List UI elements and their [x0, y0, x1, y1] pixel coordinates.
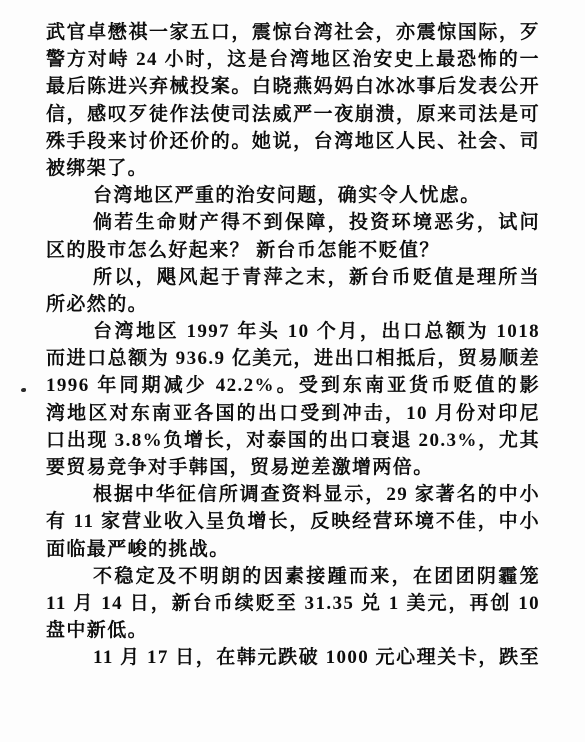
text-line: 所以，飓风起于青萍之末，新台币贬值是理所当然，势	[46, 264, 540, 291]
text-line: 不稳定及不明朗的因素接踵而来，在团团阴霾笼罩下，	[46, 563, 540, 590]
text-line: 信，感叹歹徒作法使司法威严一夜崩溃，原来司法是可用特	[46, 101, 540, 128]
text-line: 台湾地区严重的治安问题，确实令人忧虑。	[46, 182, 540, 209]
text-line: 盘中新低。	[46, 617, 540, 644]
text-line: 11 月 14 日，新台币续贬至 31.35 兑 1 美元，再创 10 年来的	[46, 590, 540, 617]
text-line: 而进口总额为 936.9 亿美元，进出口相抵后，贸易顺差比	[46, 345, 540, 372]
text-line: 1996 年同期减少 42.2%。受到东南亚货币贬值的影响，台	[46, 372, 540, 399]
text-line: 武官卓懋祺一家五口，震惊台湾社会，亦震惊国际，歹徒与	[46, 19, 540, 46]
text-line: 台湾地区 1997 年头 10 个月，出口总额为 1018 亿美元，	[46, 318, 540, 345]
text-line: 口出现 3.8%负增长，对泰国的出口衰退 20.3%，尤其对主	[46, 427, 540, 454]
text-line: 所必然的。	[46, 291, 540, 318]
text-line: 被绑架了。	[46, 155, 540, 182]
text-line: 11 月 17 日，在韩元跌破 1000 元心理关卡，跌至	[46, 644, 540, 671]
text-line: 区的股市怎么好起来？ 新台币怎能不贬值？	[46, 237, 540, 264]
text-line: 有 11 家营业收入呈负增长，反映经营环境不佳，中小企业	[46, 508, 540, 535]
text-line: 湾地区对东南亚各国的出口受到冲击，10 月份对印尼的出	[46, 400, 540, 427]
book-page: 武官卓懋祺一家五口，震惊台湾社会，亦震惊国际，歹徒与警方对峙 24 小时，这是台…	[0, 0, 585, 742]
text-line: 倘若生命财产得不到保障，投资环境恶劣，试问台湾地	[46, 209, 540, 236]
text-line: 要贸易竞争对手韩国，贸易逆差激增两倍。	[46, 454, 540, 481]
text-block: 武官卓懋祺一家五口，震惊台湾社会，亦震惊国际，歹徒与警方对峙 24 小时，这是台…	[46, 19, 540, 672]
text-line: 最后陈进兴弃械投案。白晓燕妈妈白冰冰事后发表公开	[46, 73, 540, 100]
text-line: 殊手段来讨价还价的。她说，台湾地区人民、社会、司法都	[46, 128, 540, 155]
text-line: 警方对峙 24 小时，这是台湾地区治安史上最恐怖的一夜。	[46, 46, 540, 73]
ink-speck	[21, 388, 26, 392]
text-line: 根据中华征信所调查资料显示，29 家著名的中小企业，	[46, 481, 540, 508]
text-line: 面临最严峻的挑战。	[46, 536, 540, 563]
